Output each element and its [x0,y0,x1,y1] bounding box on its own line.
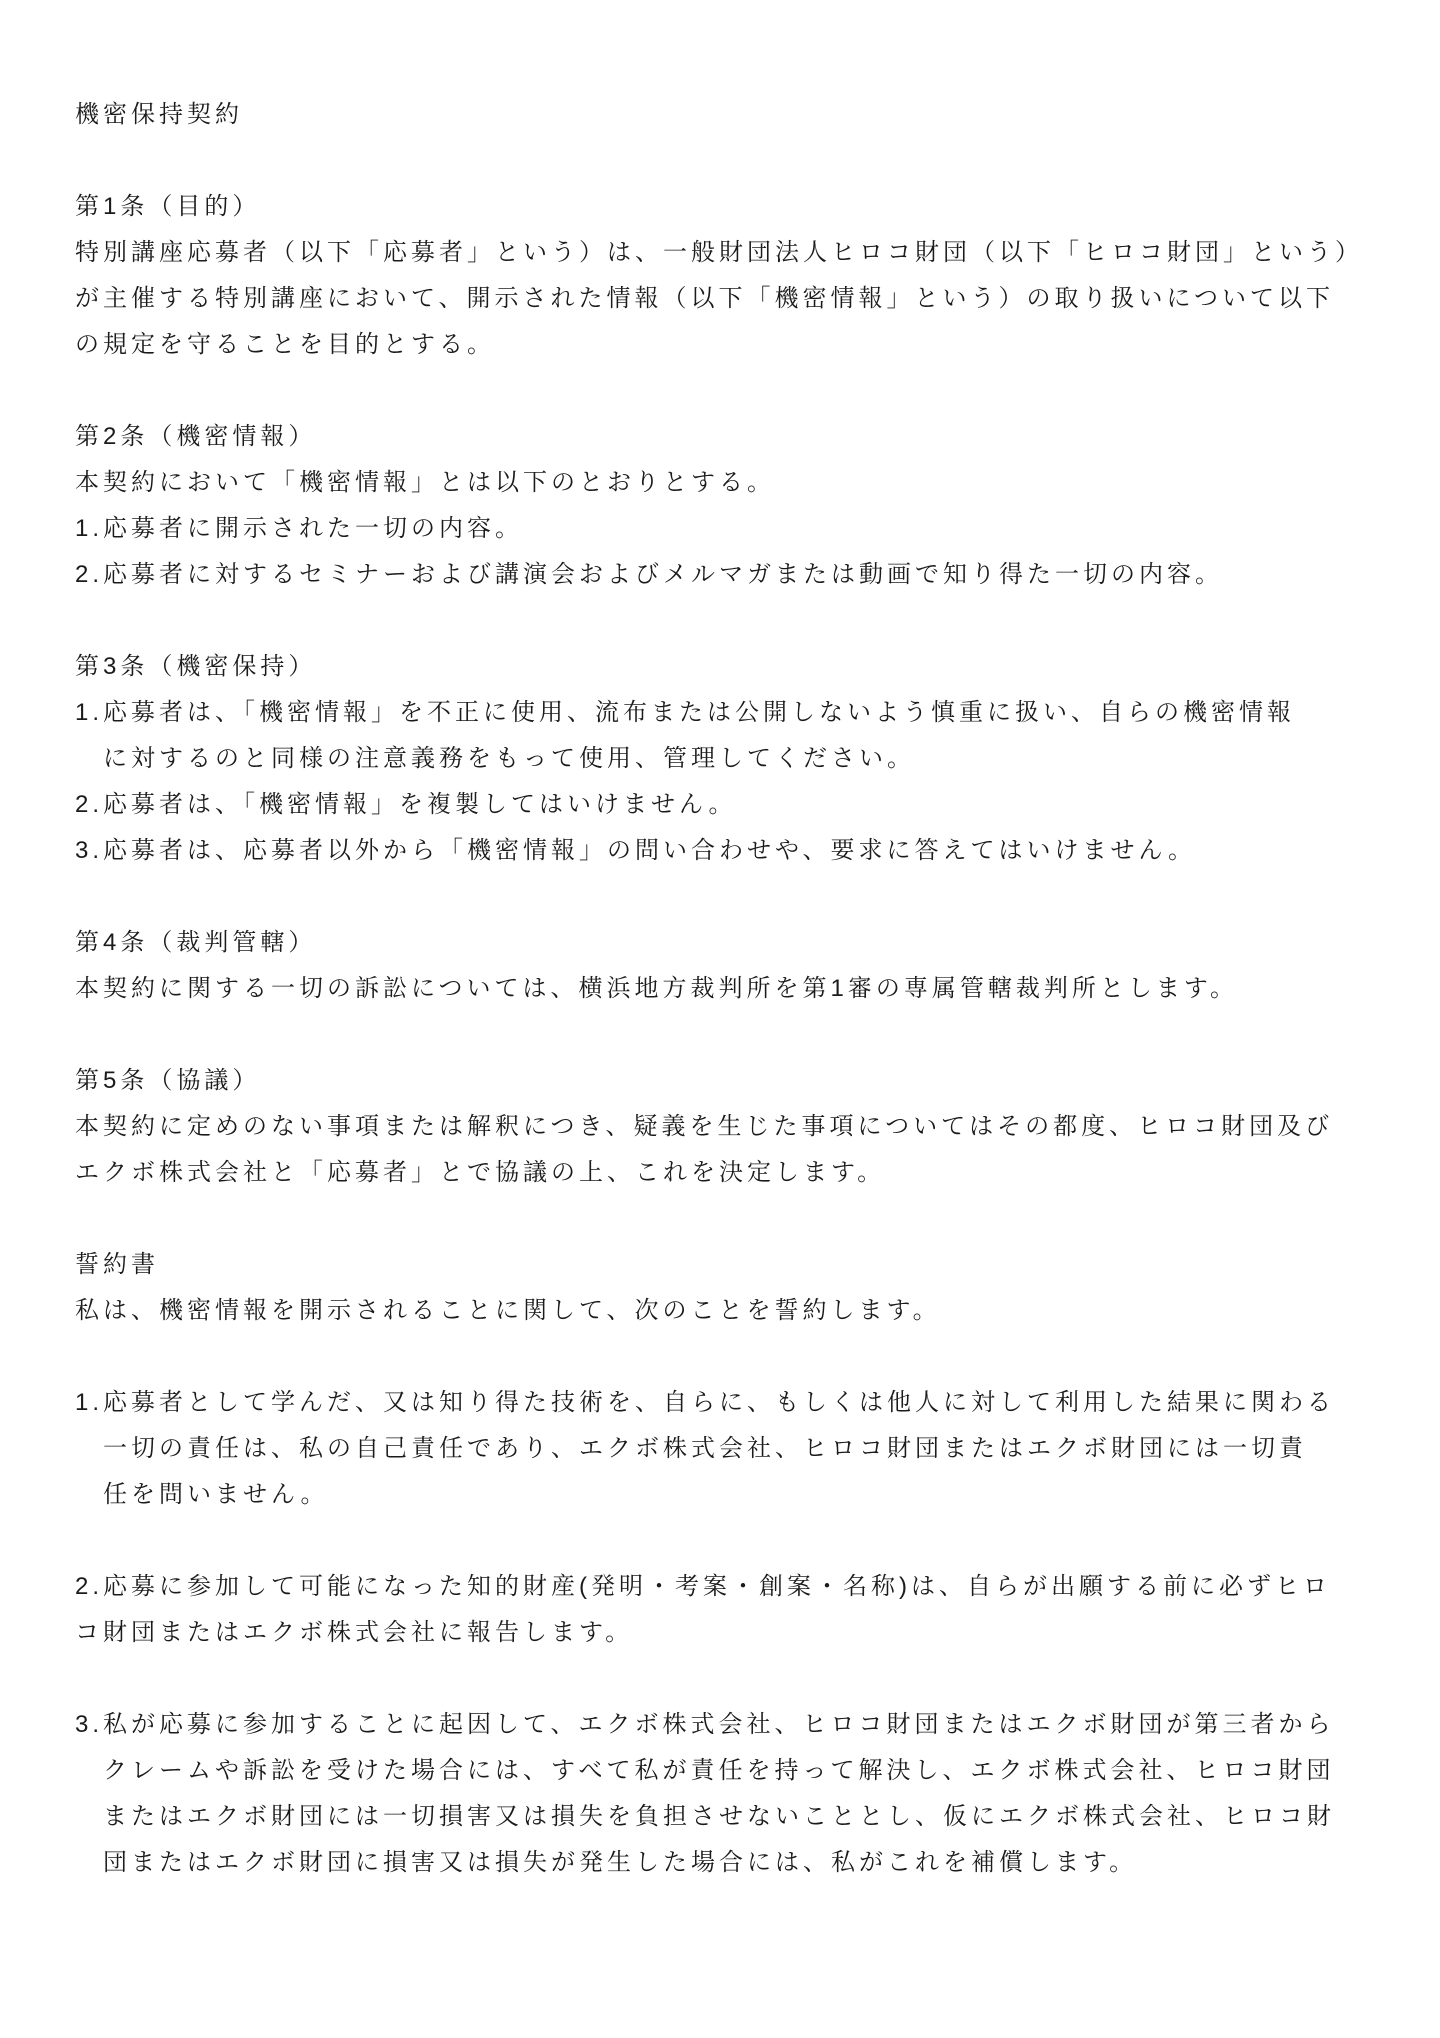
blank-line [75,138,1370,184]
text-line: 2.応募者は、「機密情報」を複製してはいけません。 [75,782,1370,828]
text-line: 本契約に定めのない事項または解釈につき、疑義を生じた事項についてはその都度、ヒロ… [75,1104,1370,1150]
document-body: 機密保持契約第1条（目的）特別講座応募者（以下「応募者」という）は、一般財団法人… [75,92,1370,1886]
text-line: 3.応募者は、応募者以外から「機密情報」の問い合わせや、要求に答えてはいけません… [75,828,1370,874]
text-line: に対するのと同様の注意義務をもって使用、管理してください。 [75,736,1370,782]
text-line: 本契約に関する一切の訴訟については、横浜地方裁判所を第1審の専属管轄裁判所としま… [75,966,1370,1012]
section-heading: 第3条（機密保持） [75,644,1370,690]
blank-line [75,1656,1370,1702]
blank-line [75,1518,1370,1564]
text-line: の規定を守ることを目的とする。 [75,322,1370,368]
document-page: 機密保持契約第1条（目的）特別講座応募者（以下「応募者」という）は、一般財団法人… [0,0,1440,2038]
text-line: 3.私が応募に参加することに起因して、エクボ株式会社、ヒロコ財団またはエクボ財団… [75,1702,1370,1748]
text-line: 一切の責任は、私の自己責任であり、エクボ株式会社、ヒロコ財団またはエクボ財団には… [75,1426,1370,1472]
blank-line [75,874,1370,920]
section-heading: 第5条（協議） [75,1058,1370,1104]
text-line: またはエクボ財団には一切損害又は損失を負担させないこととし、仮にエクボ株式会社、… [75,1794,1370,1840]
blank-line [75,1196,1370,1242]
text-line: 特別講座応募者（以下「応募者」という）は、一般財団法人ヒロコ財団（以下「ヒロコ財… [75,230,1370,276]
text-line: 団またはエクボ財団に損害又は損失が発生した場合には、私がこれを補償します。 [75,1840,1370,1886]
section-heading: 第1条（目的） [75,184,1370,230]
text-line: 任を問いません。 [75,1472,1370,1518]
blank-line [75,1334,1370,1380]
text-line: が主催する特別講座において、開示された情報（以下「機密情報」という）の取り扱いに… [75,276,1370,322]
text-line: 1.応募者として学んだ、又は知り得た技術を、自らに、もしくは他人に対して利用した… [75,1380,1370,1426]
text-line: 1.応募者は、「機密情報」を不正に使用、流布または公開しないよう慎重に扱い、自ら… [75,690,1370,736]
text-line: 2.応募に参加して可能になった知的財産(発明・考案・創案・名称)は、自らが出願す… [75,1564,1370,1610]
text-line: エクボ株式会社と「応募者」とで協議の上、これを決定します。 [75,1150,1370,1196]
text-line: クレームや訴訟を受けた場合には、すべて私が責任を持って解決し、エクボ株式会社、ヒ… [75,1748,1370,1794]
text-line: コ財団またはエクボ株式会社に報告します。 [75,1610,1370,1656]
section-heading: 誓約書 [75,1242,1370,1288]
blank-line [75,598,1370,644]
blank-line [75,1012,1370,1058]
section-heading: 第2条（機密情報） [75,414,1370,460]
text-line: 2.応募者に対するセミナーおよび講演会およびメルマガまたは動画で知り得た一切の内… [75,552,1370,598]
blank-line [75,368,1370,414]
text-line: 1.応募者に開示された一切の内容。 [75,506,1370,552]
document-title: 機密保持契約 [75,92,1370,138]
text-line: 本契約において「機密情報」とは以下のとおりとする。 [75,460,1370,506]
section-heading: 第4条（裁判管轄） [75,920,1370,966]
text-line: 私は、機密情報を開示されることに関して、次のことを誓約します。 [75,1288,1370,1334]
